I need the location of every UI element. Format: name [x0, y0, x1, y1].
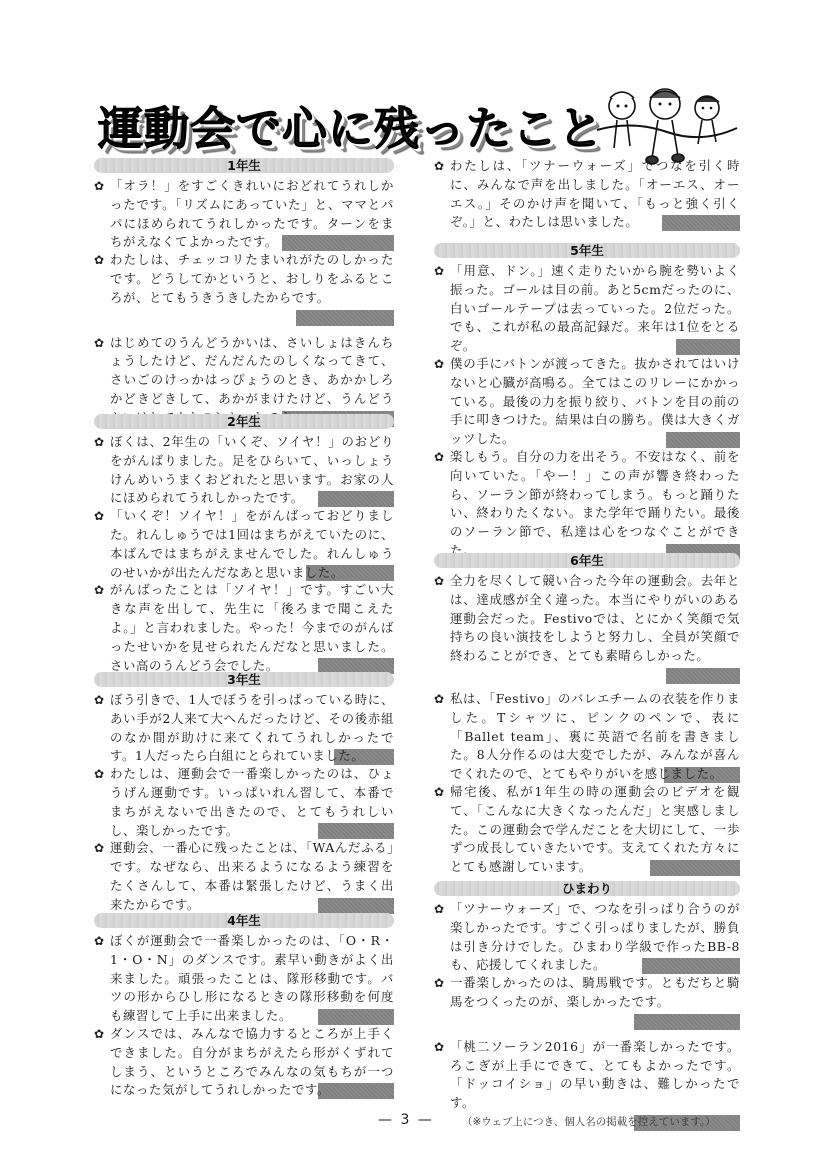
redacted-name	[650, 860, 740, 876]
essay-entry: ✿ ダンスでは、みんなで協力するところが上手くできました。自分がまちがえたら形が…	[94, 1025, 394, 1099]
grade-heading: 2年生	[94, 414, 394, 429]
running-children-illustration	[592, 78, 742, 166]
section-grade-3: 3年生 ✿ ぼう引きで、1人でぼうを引っぱっている時に、あい手が2人来て大へんだ…	[94, 672, 394, 914]
flower-bullet-icon: ✿	[434, 157, 445, 176]
redacted-name	[634, 1014, 740, 1030]
essay-entry: ✿ わたしは、チェッコリたまいれがたのしかったです。どうしてかというと、おしりを…	[94, 251, 394, 325]
flower-bullet-icon: ✿	[434, 355, 445, 374]
flower-bullet-icon: ✿	[94, 1025, 105, 1044]
redacted-name	[318, 823, 394, 839]
essay-entry: ✿ 「オラ！」をすごくきれいにおどれてうれしかったです。「リズムにあっていた」と…	[94, 177, 394, 251]
essay-entry: ✿ 「ツナーウォーズ」で、つなを引っぱり合うのが楽しかったです。すごく引っぱりま…	[434, 900, 740, 974]
flower-bullet-icon: ✿	[94, 433, 105, 452]
flower-bullet-icon: ✿	[434, 690, 445, 709]
redacted-name	[296, 310, 394, 326]
flower-bullet-icon: ✿	[94, 334, 105, 353]
essay-entry: ✿ 私は、「Festivo」のバレエチームの衣装を作りました。Tシャツに、ピンク…	[434, 690, 740, 783]
grade-heading: 6年生	[434, 553, 740, 568]
flower-bullet-icon: ✿	[434, 900, 445, 919]
flower-bullet-icon: ✿	[434, 1038, 445, 1057]
essay-entry: ✿ 楽しもう。自分の力を出そう。不安はなく、前を向いていた。「やー！」この声が響…	[434, 448, 740, 560]
flower-bullet-icon: ✿	[94, 691, 105, 710]
essay-entry: ✿ わたしは、運動会で一番楽しかったのは、ひょうげん運動です。いっぱいれん習して…	[94, 765, 394, 839]
redacted-name	[318, 1009, 394, 1025]
redacted-name	[318, 491, 394, 507]
grade-heading: ひまわり	[434, 881, 740, 896]
redacted-name	[642, 958, 740, 974]
redacted-name	[676, 339, 740, 355]
section-grade-6: 6年生 ✿ 全力を尽くして競い合った今年の運動会。去年とは、達成感が全く違った。…	[434, 553, 740, 876]
section-grade-4: 4年生 ✿ ぼくが運動会で一番楽しかったのは、「O・R・1・O・N」のダンスです…	[94, 913, 394, 1099]
essay-entry: ✿ 「用意、ドン。」速く走りたいから腕を勢いよく振った。ゴールは目の前。あと5c…	[434, 262, 740, 355]
grade-heading: 5年生	[434, 243, 740, 258]
essay-entry: ✿ 「いくぞ！ソイヤ！」をがんばっておどりました。れんしゅうでは1回はまちがえて…	[94, 507, 394, 581]
essay-entry: ✿ ぼくが運動会で一番楽しかったのは、「O・R・1・O・N」のダンスです。素早い…	[94, 932, 394, 1025]
essay-entry: ✿ わたしは、「ツナーウォーズ」でつなを引く時に、みんなで声を出しました。「オー…	[434, 157, 740, 231]
section-grade-4-continued: ✿ わたしは、「ツナーウォーズ」でつなを引く時に、みんなで声を出しました。「オー…	[434, 157, 740, 231]
flower-bullet-icon: ✿	[94, 932, 105, 951]
page-number: — 3 —	[378, 1112, 434, 1128]
essay-entry: ✿ ぼくは、2年生の「いくぞ、ソイヤ！」のおどりをがんばりました。足をひらいて、…	[94, 433, 394, 507]
essay-entry: ✿ ぼう引きで、1人でぼうを引っぱっている時に、あい手が2人来て大へんだったけど…	[94, 691, 394, 765]
flower-bullet-icon: ✿	[434, 262, 445, 281]
essay-entry: ✿ 全力を尽くして競い合った今年の運動会。去年とは、達成感が全く違った。本当にや…	[434, 572, 740, 684]
flower-bullet-icon: ✿	[94, 581, 105, 600]
grade-heading: 3年生	[94, 672, 394, 687]
section-grade-5: 5年生 ✿ 「用意、ドン。」速く走りたいから腕を勢いよく振った。ゴールは目の前。…	[434, 243, 740, 560]
flower-bullet-icon: ✿	[94, 765, 105, 784]
flower-bullet-icon: ✿	[94, 839, 105, 858]
flower-bullet-icon: ✿	[94, 177, 105, 196]
flower-bullet-icon: ✿	[94, 251, 105, 270]
flower-bullet-icon: ✿	[94, 507, 105, 526]
section-grade-2: 2年生 ✿ ぼくは、2年生の「いくぞ、ソイヤ！」のおどりをがんばりました。足をひ…	[94, 414, 394, 674]
essay-entry: ✿ 運動会、一番心に残ったことは、「WAんだふる」です。なぜなら、出来るようにな…	[94, 839, 394, 913]
essay-entry: ✿ 僕の手にバトンが渡ってきた。抜かされてはいけないと心臓が高鳴る。全てはこのリ…	[434, 355, 740, 448]
redacted-name	[282, 235, 394, 251]
grade-heading: 4年生	[94, 913, 394, 928]
flower-bullet-icon: ✿	[434, 448, 445, 467]
essay-entry: ✿ がんばったことは「ソイヤ！」です。すごい大きな声を出して、先生に「後ろまで聞…	[94, 581, 394, 674]
redacted-name	[318, 898, 394, 914]
flower-bullet-icon: ✿	[434, 572, 445, 591]
privacy-footnote: （※ウェブ上につき、個人名の掲載を控えています。）	[462, 1114, 716, 1129]
essay-entry: ✿ 帰宅後、私が1年生の時の運動会のビデオを観て、「こんなに大きくなったんだ」と…	[434, 783, 740, 876]
page-title: 運動会で心に残ったこと	[98, 92, 604, 157]
flower-bullet-icon: ✿	[434, 783, 445, 802]
essay-entry: ✿ 一番楽しかったのは、騎馬戦です。ともだちと騎馬をつくったのが、楽しかったです…	[434, 974, 740, 1030]
section-himawari: ひまわり ✿ 「ツナーウォーズ」で、つなを引っぱり合うのが楽しかったです。すごく…	[434, 881, 740, 1131]
grade-heading: 1年生	[94, 158, 394, 173]
section-grade-1: 1年生 ✿ 「オラ！」をすごくきれいにおどれてうれしかったです。「リズムにあって…	[94, 158, 394, 427]
redacted-name	[666, 668, 740, 684]
redacted-name	[662, 215, 740, 231]
flower-bullet-icon: ✿	[434, 974, 445, 993]
redacted-name	[666, 432, 740, 448]
essay-entry: ✿ はじめてのうんどうかいは、さいしょはきんちょうしたけど、だんだんたのしくなっ…	[94, 334, 394, 427]
